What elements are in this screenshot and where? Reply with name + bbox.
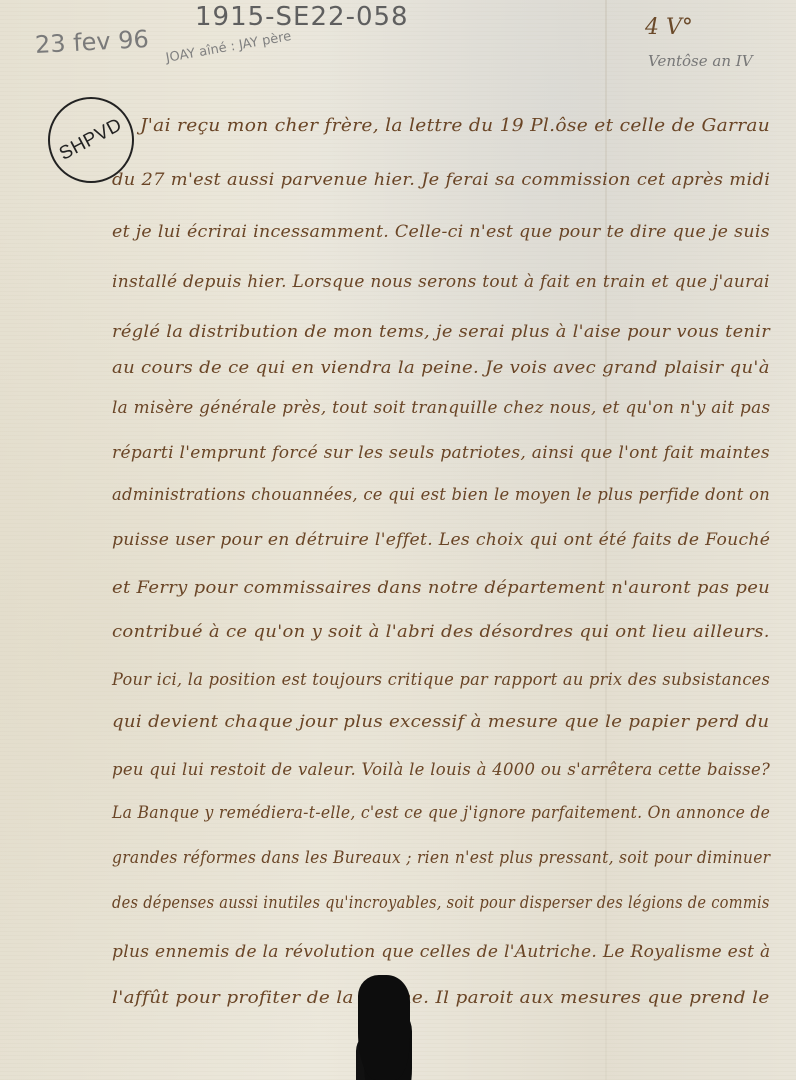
letter-line: et je lui écrirai incessamment. Celle-ci… xyxy=(112,222,770,242)
letter-line: réglé la distribution de mon tems, je se… xyxy=(112,322,770,342)
manuscript-page: 1915-SE22-058 23 fev 96 JOAY aîné : JAY … xyxy=(0,0,796,1080)
letter-line: La Banque y remédiera-t-elle, c'est ce q… xyxy=(112,803,770,823)
letter-line: la misère générale près, tout soit tranq… xyxy=(112,398,770,418)
letter-line: installé depuis hier. Lorsque nous seron… xyxy=(112,272,770,292)
letter-line: contribué à ce qu'on y soit à l'abri des… xyxy=(112,622,770,642)
letter-line: des dépenses aussi inutiles qu'incroyabl… xyxy=(112,893,770,913)
letter-line: grandes réformes dans les Bureaux ; rien… xyxy=(112,848,770,868)
letter-line: du 27 m'est aussi parvenue hier. Je fera… xyxy=(112,170,770,190)
letter-line: et Ferry pour commissaires dans notre dé… xyxy=(112,578,770,598)
letter-line: réparti l'emprunt forcé sur les seuls pa… xyxy=(112,443,770,463)
letter-line: plus ennemis de la révolution que celles… xyxy=(112,942,770,962)
letter-line: administrations chouannées, ce qui est b… xyxy=(112,485,770,505)
letter-line: puisse user pour en détruire l'effet. Le… xyxy=(112,530,770,550)
letter-line: J'ai reçu mon cher frère, la lettre du 1… xyxy=(140,115,770,136)
letter-line: Pour ici, la position est toujours criti… xyxy=(112,670,770,690)
letter-body: J'ai reçu mon cher frère, la lettre du 1… xyxy=(0,0,796,1080)
ink-blot-damage xyxy=(358,975,410,1080)
letter-line: l'affût pour profiter de la [...]ine. Il… xyxy=(112,988,770,1008)
letter-line: qui devient chaque jour plus excessif à … xyxy=(112,712,769,732)
letter-line: au cours de ce qui en viendra la peine. … xyxy=(112,358,770,378)
letter-line: peu qui lui restoit de valeur. Voilà le … xyxy=(112,760,770,780)
